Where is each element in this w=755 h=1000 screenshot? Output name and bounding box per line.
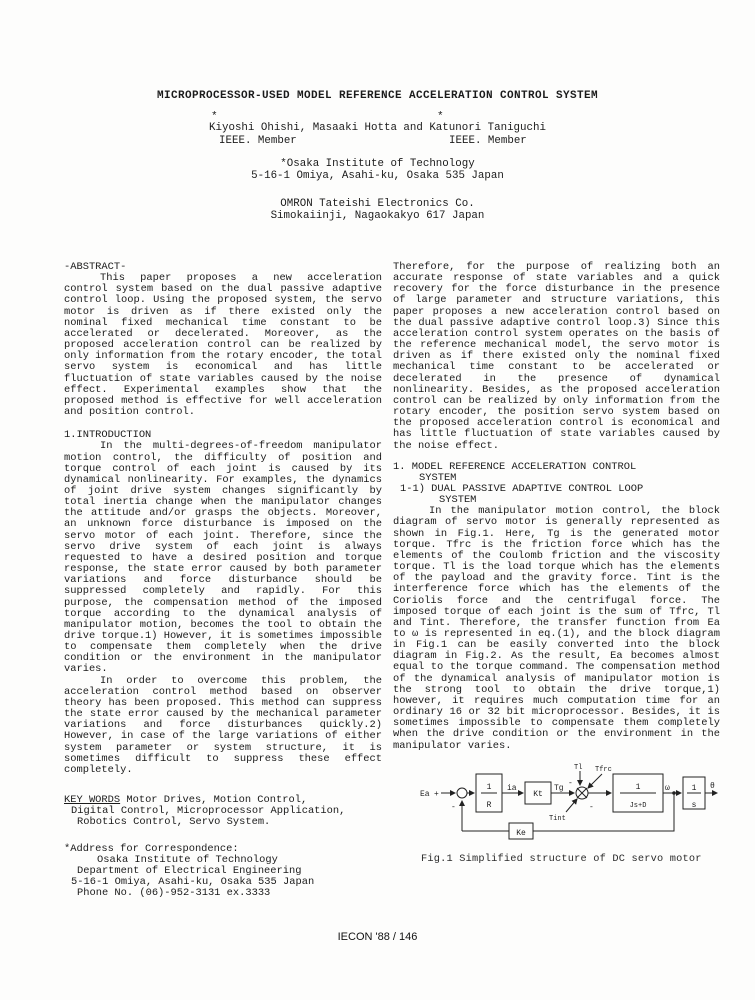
address-line: Phone No. (06)-952-3131 ex.3333 <box>64 888 382 899</box>
block2-numerator: 1 <box>636 783 641 792</box>
ieee-member-left: IEEE. Member <box>219 135 297 147</box>
ieee-member-right: IEEE. Member <box>449 135 527 147</box>
affiliation-osaka: *Osaka Institute of Technology 5-16-1 Om… <box>0 159 755 182</box>
signal-Tfrc-label: Tfrc <box>595 766 612 774</box>
right-paragraph-1: Therefore, for the purpose of realizing … <box>393 262 720 452</box>
keywords-block: KEY WORDS Motor Drives, Motion Control, … <box>64 795 382 828</box>
signal-omega-label: ω <box>665 784 670 793</box>
signal-Tint-label: Tint <box>549 815 566 823</box>
block-Kt-label: Kt <box>533 790 543 799</box>
minus-sign-top: - <box>568 779 573 788</box>
minus-sign-bottom: - <box>589 803 594 812</box>
fig1-block-diagram: Ea + - 1 R ia Kt Tg - - Tl Tfrc Tint 1 <box>419 761 720 849</box>
address-line: *Address for Correspondence: <box>64 844 382 855</box>
summing-junction-1 <box>457 788 467 798</box>
correspondence-address: *Address for Correspondence: Osaka Insti… <box>64 844 382 900</box>
keywords-line-3: Robotics Control, Servo System. <box>64 817 382 828</box>
asterisk-left: * <box>211 111 218 123</box>
member-row: IEEE. Member IEEE. Member <box>209 134 546 146</box>
block1-denominator: R <box>487 801 492 810</box>
block-Ke-label: Ke <box>516 829 526 838</box>
fig1-caption: Fig.1 Simplified structure of DC servo m… <box>393 854 720 865</box>
block3-numerator: 1 <box>692 784 697 793</box>
authors-block: * * Kiyoshi Ohishi, Masaaki Hotta and Ka… <box>209 111 546 146</box>
paper-title: MICROPROCESSOR-USED MODEL REFERENCE ACCE… <box>0 90 755 102</box>
block2-denominator: Js+D <box>630 802 647 810</box>
asterisk-right: * <box>437 111 444 123</box>
right-column: Therefore, for the purpose of realizing … <box>393 262 720 899</box>
affiliation-line: 5-16-1 Omiya, Asahi-ku, Osaka 535 Japan <box>0 171 755 183</box>
signal-Ea-label: Ea <box>420 790 430 799</box>
signal-Tl-label: Tl <box>574 764 582 772</box>
scanned-paper-page: MICROPROCESSOR-USED MODEL REFERENCE ACCE… <box>0 0 755 1000</box>
body-columns: -ABSTRACT- This paper proposes a new acc… <box>64 262 720 899</box>
introduction-paragraph-1: In the multi-degrees-of-freedom manipula… <box>64 441 382 675</box>
plus-sign: + <box>434 790 439 799</box>
affiliation-omron: OMRON Tateishi Electronics Co. Simokaiin… <box>0 199 755 222</box>
signal-theta-label: θ <box>710 782 715 791</box>
signal-Tg-label: Tg <box>554 784 564 793</box>
author-asterisks: * * <box>209 111 546 122</box>
right-paragraph-2: In the manipulator motion control, the b… <box>393 506 720 751</box>
author-names: Kiyoshi Ohishi, Masaaki Hotta and Katuno… <box>209 122 546 134</box>
paper-header: MICROPROCESSOR-USED MODEL REFERENCE ACCE… <box>0 90 755 222</box>
left-column: -ABSTRACT- This paper proposes a new acc… <box>64 262 382 899</box>
block1-numerator: 1 <box>487 783 492 792</box>
introduction-paragraph-2: In order to overcome this problem, the a… <box>64 676 382 776</box>
page-footer: IECON '88 / 146 <box>0 931 755 943</box>
abstract-text: This paper proposes a new acceleration c… <box>64 273 382 418</box>
section-1-heading: 1. MODEL REFERENCE ACCELERATION CONTROL … <box>393 462 720 507</box>
minus-sign-feedback: - <box>451 803 456 812</box>
block3-denominator: s <box>692 801 697 810</box>
affiliation-line: *Osaka Institute of Technology <box>0 159 755 171</box>
affiliation-line: OMRON Tateishi Electronics Co. <box>0 199 755 211</box>
signal-ia-label: ia <box>507 784 517 793</box>
affiliation-line: Simokaiinji, Nagaokakyo 617 Japan <box>0 211 755 223</box>
